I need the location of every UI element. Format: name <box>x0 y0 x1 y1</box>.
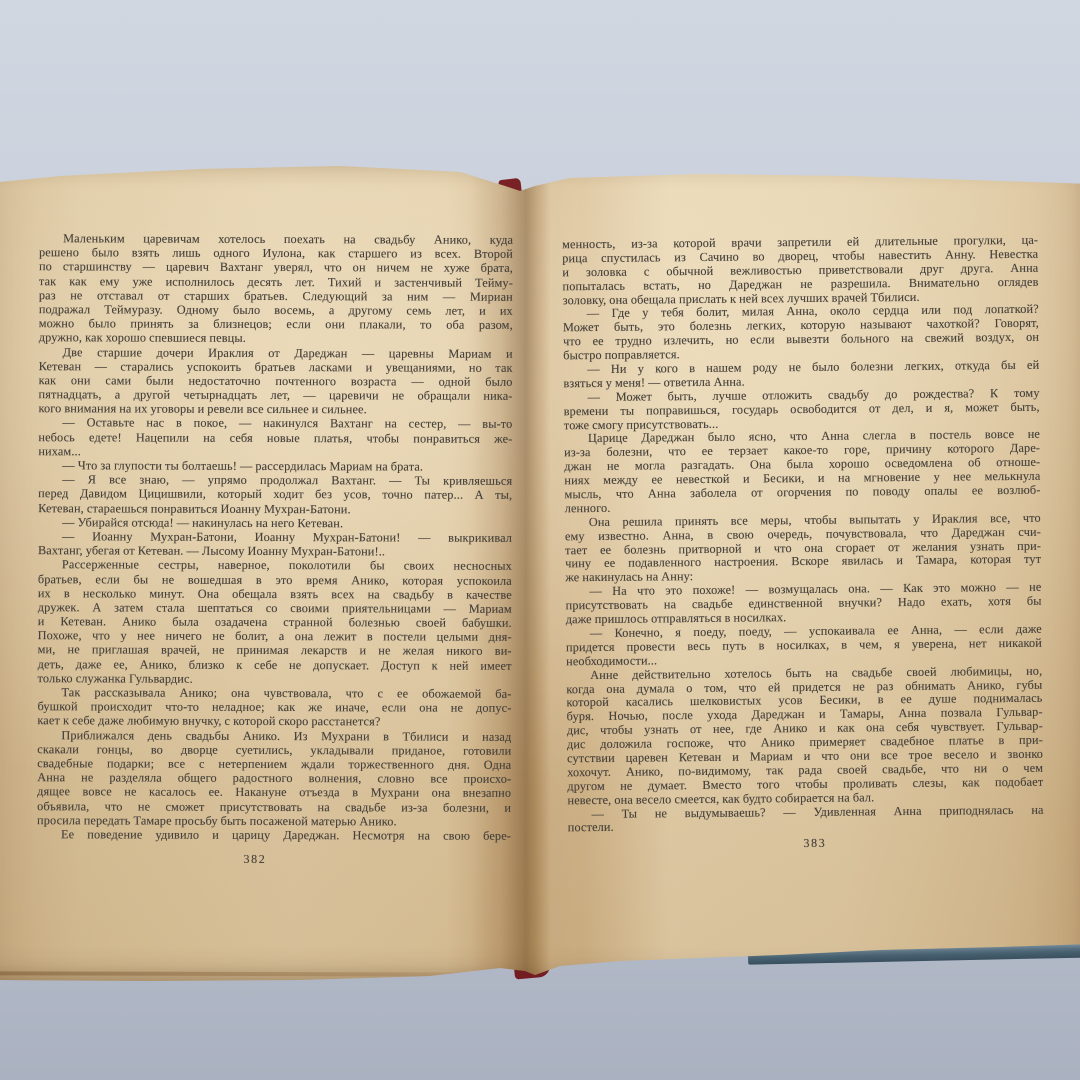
text-line: небось едете! Нацепили на себя новые пла… <box>38 430 512 446</box>
left-page: Маленьким царевичам хотелось поехать на … <box>37 231 513 868</box>
text-line: Кетеван — старались успокоить братьев ла… <box>39 359 513 375</box>
text-line: — Убирайся отсюда! — накинулась на него … <box>38 515 512 531</box>
text-line: скакали гонцы, во дворце суетились, укла… <box>37 742 511 758</box>
text-line: Две старшие дочери Ираклия от Дареджан —… <box>39 345 513 361</box>
text-line: раз не отставал от старших братьев. След… <box>39 288 513 304</box>
text-line: Кетеван, стараешься понравиться Иоанну М… <box>38 501 512 517</box>
text-line: их в несколько минут. Она обещала взять … <box>38 586 512 602</box>
text-line: по старшинству — царевич Вахтанг уверял,… <box>39 260 513 276</box>
text-line: деть, даже ее, Анико, близко к себе не д… <box>38 657 512 673</box>
right-page-text: менность, из-за которой врачи запретили … <box>562 234 1044 836</box>
right-page: менность, из-за которой врачи запретили … <box>562 234 1044 854</box>
text-line: дружно, как хорошо спевшиеся певцы. <box>39 330 513 346</box>
page-stack-edge <box>0 971 535 976</box>
photo-background: Маленьким царевичам хотелось поехать на … <box>0 0 1080 1080</box>
open-book: Маленьким царевичам хотелось поехать на … <box>0 160 1080 990</box>
right-page-number: 383 <box>586 834 1044 853</box>
text-line: Приближался день свадьбы Анико. Из Мухра… <box>37 728 511 744</box>
text-line: объявила, что не сможет присутствовать н… <box>37 799 511 815</box>
text-line: так как ему уже исполнилось десять лет. … <box>39 274 513 290</box>
text-line: дящее вовсе не касалось ее. Накануне отъ… <box>37 784 511 800</box>
left-page-number: 382 <box>0 851 511 868</box>
text-line: — Оставьте нас в покое, — накинулся Вахт… <box>38 416 512 432</box>
text-line: кает к себе даже любимую внучку, с котор… <box>37 714 511 730</box>
text-line: просила передать Тамаре просьбу быть пос… <box>37 813 511 829</box>
text-line: перед Давидом Цицишвили, который ходит б… <box>38 487 512 503</box>
text-line: братьев, если бы не вошедшая в это время… <box>38 572 512 588</box>
text-line: ми, не приглашая врачей, не принимая лек… <box>38 643 512 659</box>
left-page-text: Маленьким царевичам хотелось поехать на … <box>37 231 513 843</box>
text-line: Ее поведение удивило и царицу Дареджан. … <box>37 827 511 843</box>
text-line: Рассерженные сестры, наверное, поколотил… <box>38 557 512 573</box>
